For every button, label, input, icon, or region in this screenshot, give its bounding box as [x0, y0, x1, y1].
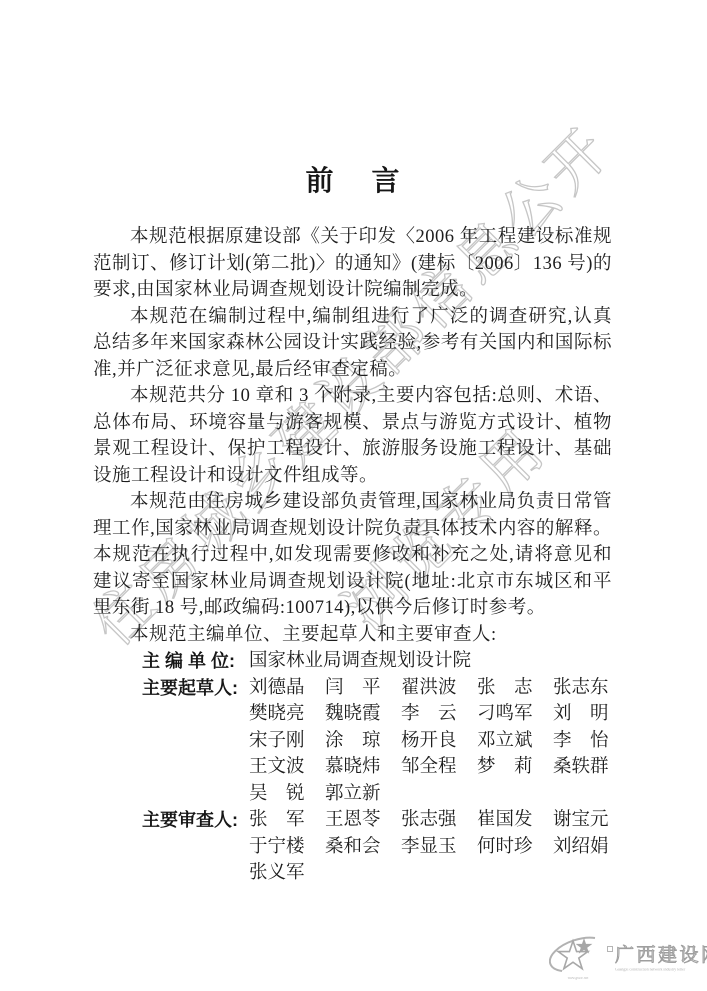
drafter-name: 樊晓亮	[249, 701, 325, 728]
page-content: 前 言 本规范根据原建设部《关于印发〈2006 年工程建设标准规范制订、修订计划…	[93, 0, 612, 887]
drafter-name: 李 怡	[553, 728, 629, 755]
logo-site-name: 广西建设网	[615, 944, 707, 968]
reviewers-row-1: 主要审查人: 张 军 王恩苓 张志强 崔国发 谢宝元	[93, 807, 612, 834]
drafter-name: 张 志	[477, 675, 553, 702]
drafter-name: 李 云	[401, 701, 477, 728]
paragraph-3: 本规范共分 10 章和 3 个附录,主要内容包括:总则、术语、总体布局、环境容量…	[93, 383, 612, 489]
drafter-name: 闫 平	[325, 675, 401, 702]
reviewers-row-2: 于宁楼 桑和会 李显玉 何时珍 刘绍娟	[93, 834, 612, 861]
reviewer-name: 李显玉	[401, 834, 477, 861]
drafter-name: 吴 锐	[249, 781, 325, 808]
drafter-name: 梦 莉	[477, 754, 553, 781]
drafters-row-4: 王文波 慕晓炜 邹全程 梦 莉 桑轶群	[93, 754, 612, 781]
logo-registered-badge	[607, 946, 613, 952]
reviewers-label: 主要审查人:	[142, 807, 245, 834]
reviewer-name: 王恩苓	[325, 807, 401, 834]
drafter-name: 桑轶群	[553, 754, 629, 781]
body-text: 本规范根据原建设部《关于印发〈2006 年工程建设标准规范制订、修订计划(第二批…	[93, 224, 612, 648]
reviewer-name: 张志强	[401, 807, 477, 834]
drafters-row-5: 吴 锐 郭立新	[93, 781, 612, 808]
reviewer-name: 张义军	[249, 860, 325, 887]
drafter-name: 邓立斌	[477, 728, 553, 755]
drafter-name: 张志东	[553, 675, 629, 702]
drafter-name: 王文波	[249, 754, 325, 781]
drafter-name: 邹全程	[401, 754, 477, 781]
drafter-name: 慕晓炜	[325, 754, 401, 781]
drafter-name: 翟洪波	[401, 675, 477, 702]
drafter-name: 刁鸣军	[477, 701, 553, 728]
drafters-label: 主要起草人:	[142, 675, 245, 702]
logo-site-subtext: Guangxi construction network industry le…	[615, 968, 699, 972]
paragraph-1: 本规范根据原建设部《关于印发〈2006 年工程建设标准规范制订、修订计划(第二批…	[93, 224, 612, 304]
reviewer-name: 刘绍娟	[553, 834, 629, 861]
title-char-1: 前	[305, 166, 333, 195]
star-icon	[549, 936, 607, 976]
paragraph-4: 本规范由住房城乡建设部负责管理,国家林业局负责日常管理工作,国家林业局调查规划设…	[93, 489, 612, 622]
title-char-2: 言	[372, 166, 400, 195]
drafter-name: 刘德晶	[249, 675, 325, 702]
roster: 主 编 单 位: 国家林业局调查规划设计院 主要起草人: 刘德晶 闫 平 翟洪波…	[93, 648, 612, 887]
logo-text-column: 广西建设网 Guangxi construction network indus…	[615, 936, 707, 973]
logo-star-column: www.gxcic.net	[549, 936, 607, 982]
drafter-name: 刘 明	[553, 701, 629, 728]
reviewer-name: 于宁楼	[249, 834, 325, 861]
reviewer-name: 桑和会	[325, 834, 401, 861]
drafters-row-3: 宋子刚 涂 琼 杨开良 邓立斌 李 怡	[93, 728, 612, 755]
document-page: 住房城乡建设部信息公开 浏览专用 前 言 本规范根据原建设部《关于印发〈2006…	[0, 0, 707, 991]
paragraph-2: 本规范在编制过程中,编制组进行了广泛的调查研究,认真总结多年来国家森林公园设计实…	[93, 304, 612, 384]
drafter-name: 杨开良	[401, 728, 477, 755]
drafter-name: 宋子刚	[249, 728, 325, 755]
drafters-row-1: 主要起草人: 刘德晶 闫 平 翟洪波 张 志 张志东	[93, 675, 612, 702]
reviewers-row-3: 张义军	[93, 860, 612, 887]
drafters-row-2: 樊晓亮 魏晓霞 李 云 刁鸣军 刘 明	[93, 701, 612, 728]
drafter-name: 涂 琼	[325, 728, 401, 755]
reviewer-name: 张 军	[249, 807, 325, 834]
logo-star-caption: www.gxcic.net	[557, 977, 599, 981]
chief-unit-label: 主 编 单 位:	[142, 648, 245, 675]
drafter-name: 魏晓霞	[325, 701, 401, 728]
site-logo: www.gxcic.net 广西建设网 Guangxi construction…	[549, 936, 701, 982]
reviewer-name: 谢宝元	[553, 807, 629, 834]
page-title: 前 言	[93, 166, 612, 195]
reviewer-name: 何时珍	[477, 834, 553, 861]
drafter-name: 郭立新	[325, 781, 401, 808]
reviewer-name: 崔国发	[477, 807, 553, 834]
chief-unit-row: 主 编 单 位: 国家林业局调查规划设计院	[93, 648, 612, 675]
paragraph-5: 本规范主编单位、主要起草人和主要审查人:	[93, 622, 612, 649]
chief-unit-value: 国家林业局调查规划设计院	[249, 651, 471, 671]
